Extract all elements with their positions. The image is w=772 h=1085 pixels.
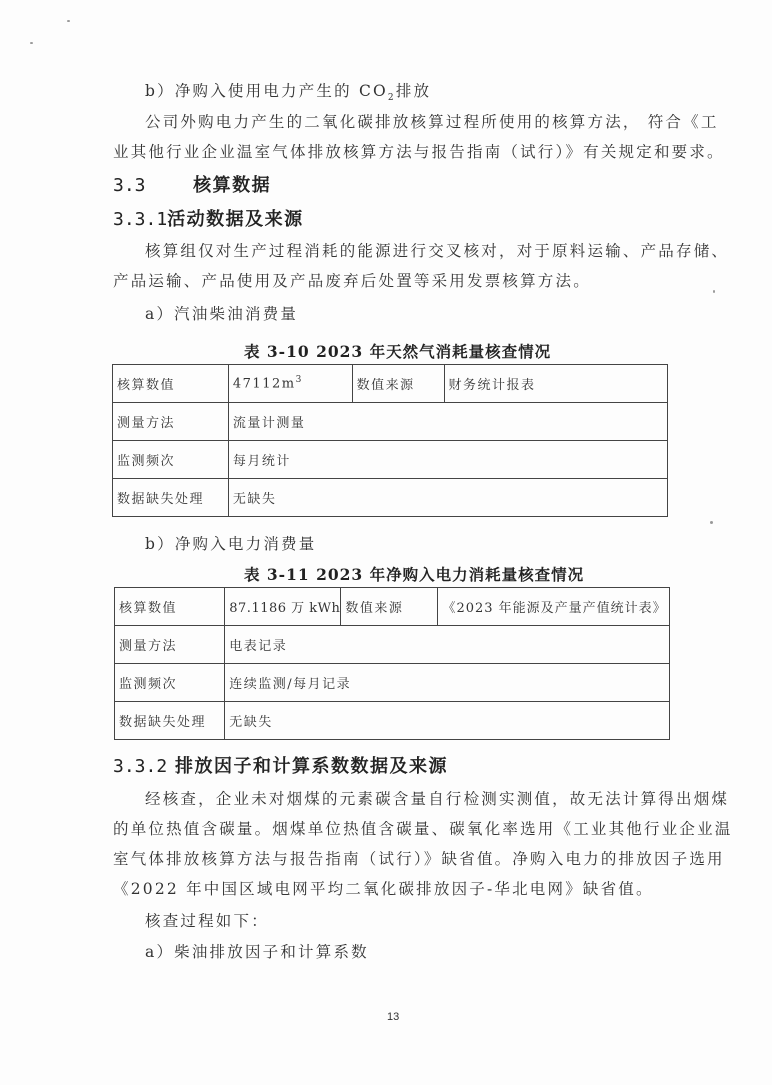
scan-speck [30, 42, 33, 44]
paragraph-emission-line3: 室气体排放核算方法与报告指南（试行）》缺省值。净购入电力的排放因子选用 [113, 848, 725, 870]
table-row: 监测频次 每月统计 [113, 441, 668, 479]
paragraph-activity-line2: 产品运输、产品使用及产品废弃后处置等采用发票核算方法。 [113, 270, 591, 292]
paragraph-activity-line1: 核算组仅对生产过程消耗的能源进行交叉核对，对于原料运输、产品存储、 [145, 240, 729, 262]
item-label-tail: 排放 [396, 82, 431, 100]
table-row: 测量方法 电表记录 [115, 626, 670, 664]
row-label: 数据缺失处理 [113, 479, 229, 517]
row-value: 连续监测/每月记录 [225, 664, 670, 702]
row-label: 测量方法 [115, 626, 225, 664]
table-row: 数据缺失处理 无缺失 [113, 479, 668, 517]
item-b-electricity: b）净购入电力消费量 [145, 533, 316, 555]
section-title: 核算数据 [193, 175, 271, 196]
paragraph-emission-line4: 《2022 年中国区域电网平均二氧化碳排放因子-华北电网》缺省值。 [113, 878, 654, 900]
row-value: 无缺失 [228, 479, 667, 517]
section-heading-3-3-1: 3.3.1活动数据及来源 [113, 205, 304, 231]
section-title: 活动数据及来源 [167, 209, 304, 230]
section-number: 3.3.2 [113, 756, 167, 777]
co2-subscript: 2 [388, 93, 396, 103]
section-heading-3-3-2: 3.3.2 排放因子和计算系数数据及来源 [113, 752, 448, 778]
row-value: 无缺失 [225, 702, 670, 740]
row-value: 每月统计 [228, 441, 667, 479]
value-text: 47112m [233, 377, 296, 392]
row-value: 87.1186 万 kWh [225, 588, 341, 626]
table-row: 核算数值 47112m3 数值来源 财务统计报表 [113, 365, 668, 403]
table-row: 测量方法 流量计测量 [113, 403, 668, 441]
row-label: 数据缺失处理 [115, 702, 225, 740]
table-row: 数据缺失处理 无缺失 [115, 702, 670, 740]
paragraph-emission-line2: 的单位热值含碳量。烟煤单位热值含碳量、碳氧化率选用《工业其他行业企业温 [113, 818, 733, 840]
process-intro: 核查过程如下： [145, 910, 269, 932]
table-row: 监测频次 连续监测/每月记录 [115, 664, 670, 702]
source-value: 《2023 年能源及产量产值统计表》 [438, 588, 670, 626]
page-number: 13 [387, 1011, 399, 1023]
value-superscript: 3 [296, 375, 303, 385]
row-value: 47112m3 [228, 365, 352, 403]
table-row: 核算数值 87.1186 万 kWh 数值来源 《2023 年能源及产量产值统计… [115, 588, 670, 626]
paragraph-electricity-line1: 公司外购电力产生的二氧化碳排放核算过程所使用的核算方法， 符合《工 [145, 111, 719, 133]
table-3-11: 核算数值 87.1186 万 kWh 数值来源 《2023 年能源及产量产值统计… [114, 587, 670, 740]
paragraph-electricity-line2: 业其他行业企业温室气体排放核算方法与报告指南（试行）》有关规定和要求。 [113, 141, 725, 163]
table-3-10: 核算数值 47112m3 数值来源 财务统计报表 测量方法 流量计测量 监测频次… [112, 364, 668, 517]
row-value: 电表记录 [225, 626, 670, 664]
paragraph-emission-line1: 经核查，企业未对烟煤的元素碳含量自行检测实测值，故无法计算得出烟煤 [145, 788, 729, 810]
item-a-fuel: a）汽油柴油消费量 [145, 303, 298, 325]
row-label: 测量方法 [113, 403, 229, 441]
scan-speck [713, 290, 715, 293]
row-label: 监测频次 [115, 664, 225, 702]
item-a-diesel-factor: a）柴油排放因子和计算系数 [145, 941, 369, 963]
section-number: 3.3.1 [113, 209, 167, 230]
item-b-electricity-co2: b）净购入使用电力产生的 CO2排放 [145, 80, 431, 109]
source-value: 财务统计报表 [444, 365, 667, 403]
row-label: 核算数值 [115, 588, 225, 626]
item-label: b）净购入使用电力产生的 CO [145, 82, 388, 100]
scan-speck [710, 521, 713, 524]
source-label: 数值来源 [341, 588, 438, 626]
section-number: 3.3 [113, 175, 146, 196]
row-label: 核算数值 [113, 365, 229, 403]
table-3-11-caption: 表 3-11 2023 年净购入电力消耗量核查情况 [244, 563, 584, 585]
source-label: 数值来源 [352, 365, 444, 403]
section-heading-3-3: 3.3 核算数据 [113, 171, 271, 197]
row-label: 监测频次 [113, 441, 229, 479]
row-value: 流量计测量 [228, 403, 667, 441]
table-3-10-caption: 表 3-10 2023 年天然气消耗量核查情况 [244, 340, 551, 362]
section-title: 排放因子和计算系数数据及来源 [175, 756, 448, 777]
scan-speck [67, 20, 70, 22]
